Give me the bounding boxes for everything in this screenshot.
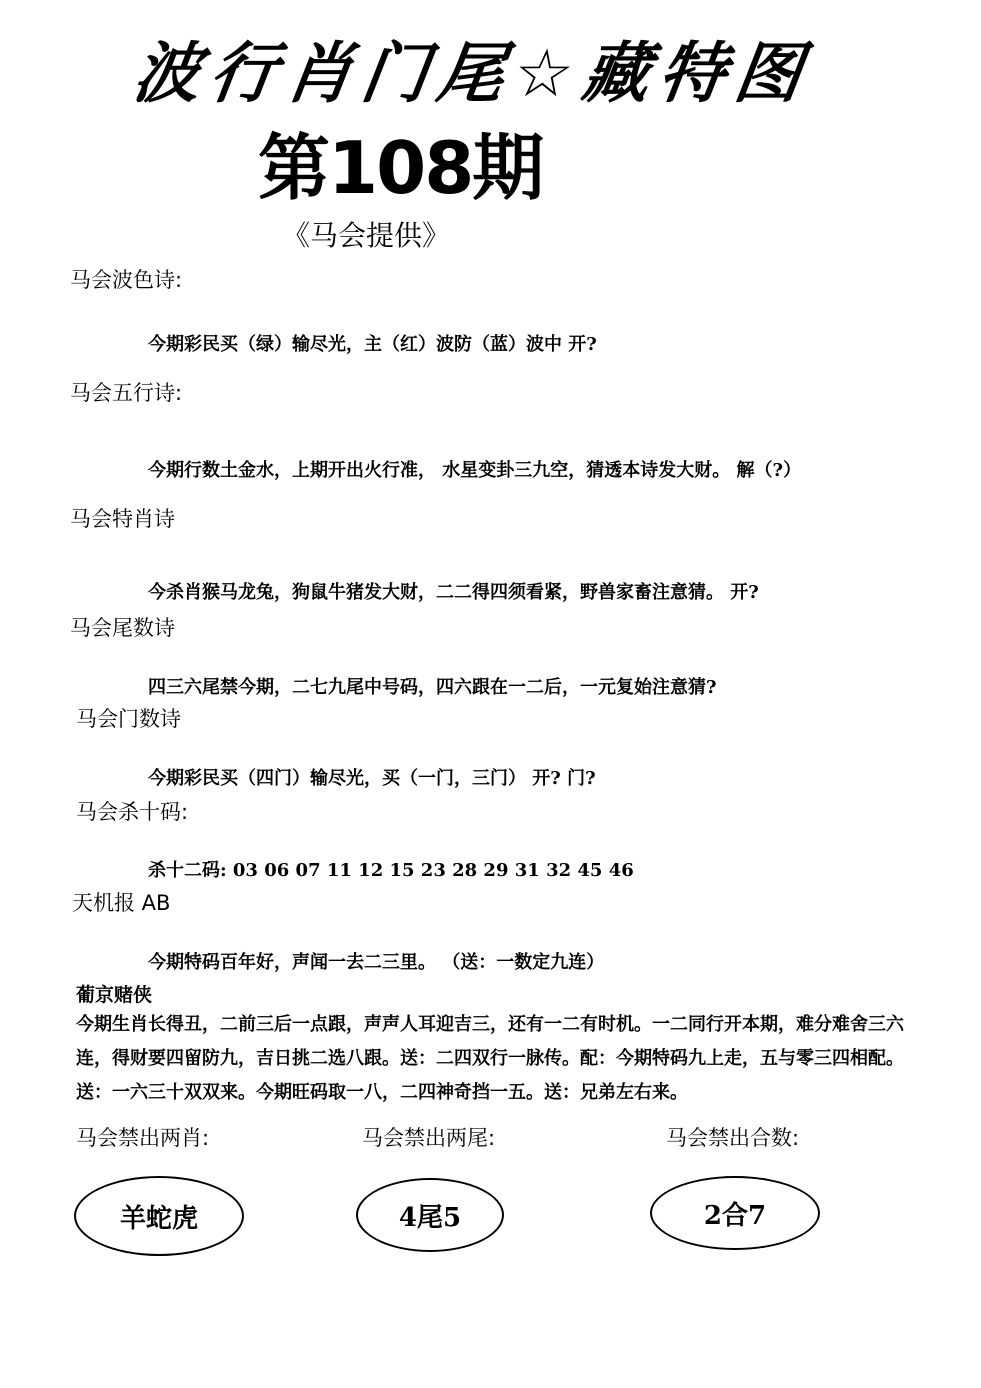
kill-numbers: 杀十二码: 03 06 07 11 12 15 23 28 29 31 32 4… (148, 856, 634, 882)
section-heading-tianji: 天机报 AB (72, 887, 170, 917)
gambler-paragraph: 今期生肖长得丑，二前三后一点跟，声声人耳迎吉三，还有一二有时机。一二同行开本期，… (76, 1008, 936, 1110)
ban-value-zodiac: 羊蛇虎 (120, 1198, 198, 1235)
banner-title: 波行肖门尾☆藏特图 (128, 20, 819, 115)
poem-five-elements: 今期行数土金水，上期开出火行准， 水星变卦三九空，猜透本诗发大财。 解（?） (148, 456, 801, 482)
section-heading-tail-number: 马会尾数诗 (70, 612, 175, 642)
section-heading-wave-color: 马会波色诗: (70, 264, 182, 294)
section-heading-five-elements: 马会五行诗: (70, 377, 182, 407)
poem-zodiac: 今杀肖猴马龙兔，狗鼠牛猪发大财，二二得四须看紧，野兽家畜注意猜。 开? (148, 578, 759, 604)
ban-oval-zodiac: 羊蛇虎 (74, 1176, 244, 1256)
ban-label-sum: 马会禁出合数: (666, 1122, 799, 1152)
section-heading-gambler: 葡京赌侠 (76, 980, 152, 1007)
poem-tail-number: 四三六尾禁今期，二七九尾中号码，四六跟在一二后，一元复始注意猜? (148, 673, 717, 699)
ban-label-tail: 马会禁出两尾: (362, 1122, 495, 1152)
ban-oval-tail: 4尾5 (356, 1178, 504, 1252)
section-heading-zodiac: 马会特肖诗 (70, 503, 175, 533)
poem-tianji: 今期特码百年好，声闻一去二三里。 （送：一数定九连） (148, 948, 604, 974)
section-heading-kill-ten: 马会杀十码: (76, 796, 188, 826)
issue-number: 第108期 (258, 110, 542, 214)
ban-value-tail: 4尾5 (399, 1197, 461, 1234)
poem-door-number: 今期彩民买（四门）输尽光，买（一门，三门） 开? 门? (148, 764, 596, 790)
ban-oval-sum: 2合7 (650, 1176, 820, 1250)
ban-label-zodiac: 马会禁出两肖: (76, 1122, 209, 1152)
ban-value-sum: 2合7 (704, 1195, 766, 1232)
provider-label: 《马会提供》 (282, 214, 450, 254)
poem-wave-color: 今期彩民买（绿）输尽光，主（红）波防（蓝）波中 开? (148, 330, 597, 356)
section-heading-door-number: 马会门数诗 (76, 703, 181, 733)
